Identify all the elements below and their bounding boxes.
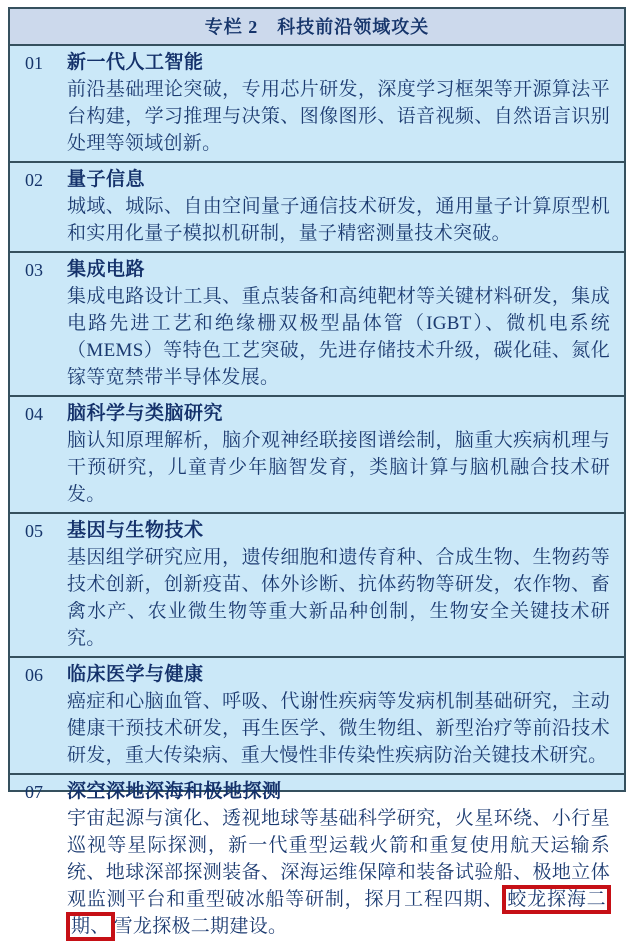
section-content: 深空深地深海和极地探测 宇宙起源与演化、透视地球等基础科学研究，火星环绕、小行星… xyxy=(67,778,610,940)
section-number: 04 xyxy=(25,400,53,428)
description-text-after: 雪龙探极二期建设。 xyxy=(114,916,288,937)
panel-title: 专栏 2 科技前沿领域攻关 xyxy=(205,17,430,37)
section-number: 06 xyxy=(25,661,53,689)
section-description: 宇宙起源与演化、透视地球等基础科学研究，火星环绕、小行星巡视等星际探测，新一代重… xyxy=(67,805,610,940)
section-row-06: 06 临床医学与健康 癌症和心脑血管、呼吸、代谢性疾病等发病机制基础研究，主动健… xyxy=(10,658,624,775)
section-title: 集成电路 xyxy=(67,256,610,283)
section-row-01: 01 新一代人工智能 前沿基础理论突破，专用芯片研发，深度学习框架等开源算法平台… xyxy=(10,46,624,163)
section-description: 前沿基础理论突破，专用芯片研发，深度学习框架等开源算法平台构建，学习推理与决策、… xyxy=(67,76,610,157)
section-number: 02 xyxy=(25,166,53,194)
section-row-04: 04 脑科学与类脑研究 脑认知原理解析，脑介观神经联接图谱绘制，脑重大疾病机理与… xyxy=(10,397,624,514)
section-content: 脑科学与类脑研究 脑认知原理解析，脑介观神经联接图谱绘制，脑重大疾病机理与干预研… xyxy=(67,400,610,508)
section-row-05: 05 基因与生物技术 基因组学研究应用，遗传细胞和遗传育种、合成生物、生物药等技… xyxy=(10,514,624,658)
section-content: 基因与生物技术 基因组学研究应用，遗传细胞和遗传育种、合成生物、生物药等技术创新… xyxy=(67,517,610,652)
section-title: 量子信息 xyxy=(67,166,610,193)
section-number: 05 xyxy=(25,517,53,545)
section-description: 脑认知原理解析，脑介观神经联接图谱绘制，脑重大疾病机理与干预研究，儿童青少年脑智… xyxy=(67,427,610,508)
section-description: 城域、城际、自由空间量子通信技术研发，通用量子计算原型机和实用化量子模拟机研制，… xyxy=(67,193,610,247)
section-number: 07 xyxy=(25,778,53,806)
section-row-07: 07 深空深地深海和极地探测 宇宙起源与演化、透视地球等基础科学研究，火星环绕、… xyxy=(10,775,624,944)
panel-header: 专栏 2 科技前沿领域攻关 xyxy=(10,9,624,46)
section-row-03: 03 集成电路 集成电路设计工具、重点装备和高纯靶材等关键材料研发，集成电路先进… xyxy=(10,253,624,397)
section-number: 03 xyxy=(25,256,53,284)
section-title: 深空深地深海和极地探测 xyxy=(67,778,610,805)
section-row-02: 02 量子信息 城域、城际、自由空间量子通信技术研发，通用量子计算原型机和实用化… xyxy=(10,163,624,253)
section-content: 量子信息 城域、城际、自由空间量子通信技术研发，通用量子计算原型机和实用化量子模… xyxy=(67,166,610,247)
section-title: 临床医学与健康 xyxy=(67,661,610,688)
section-content: 新一代人工智能 前沿基础理论突破，专用芯片研发，深度学习框架等开源算法平台构建，… xyxy=(67,49,610,157)
section-content: 临床医学与健康 癌症和心脑血管、呼吸、代谢性疾病等发病机制基础研究，主动健康干预… xyxy=(67,661,610,769)
panel: 专栏 2 科技前沿领域攻关 01 新一代人工智能 前沿基础理论突破，专用芯片研发… xyxy=(8,7,626,792)
page: 专栏 2 科技前沿领域攻关 01 新一代人工智能 前沿基础理论突破，专用芯片研发… xyxy=(0,0,634,799)
section-description: 癌症和心脑血管、呼吸、代谢性疾病等发病机制基础研究，主动健康干预技术研发，再生医… xyxy=(67,688,610,769)
section-title: 基因与生物技术 xyxy=(67,517,610,544)
section-number: 01 xyxy=(25,49,53,77)
section-title: 新一代人工智能 xyxy=(67,49,610,76)
section-description: 集成电路设计工具、重点装备和高纯靶材等关键材料研发，集成电路先进工艺和绝缘栅双极… xyxy=(67,283,610,391)
section-title: 脑科学与类脑研究 xyxy=(67,400,610,427)
section-description: 基因组学研究应用，遗传细胞和遗传育种、合成生物、生物药等技术创新，创新疫苗、体外… xyxy=(67,544,610,652)
section-content: 集成电路 集成电路设计工具、重点装备和高纯靶材等关键材料研发，集成电路先进工艺和… xyxy=(67,256,610,391)
